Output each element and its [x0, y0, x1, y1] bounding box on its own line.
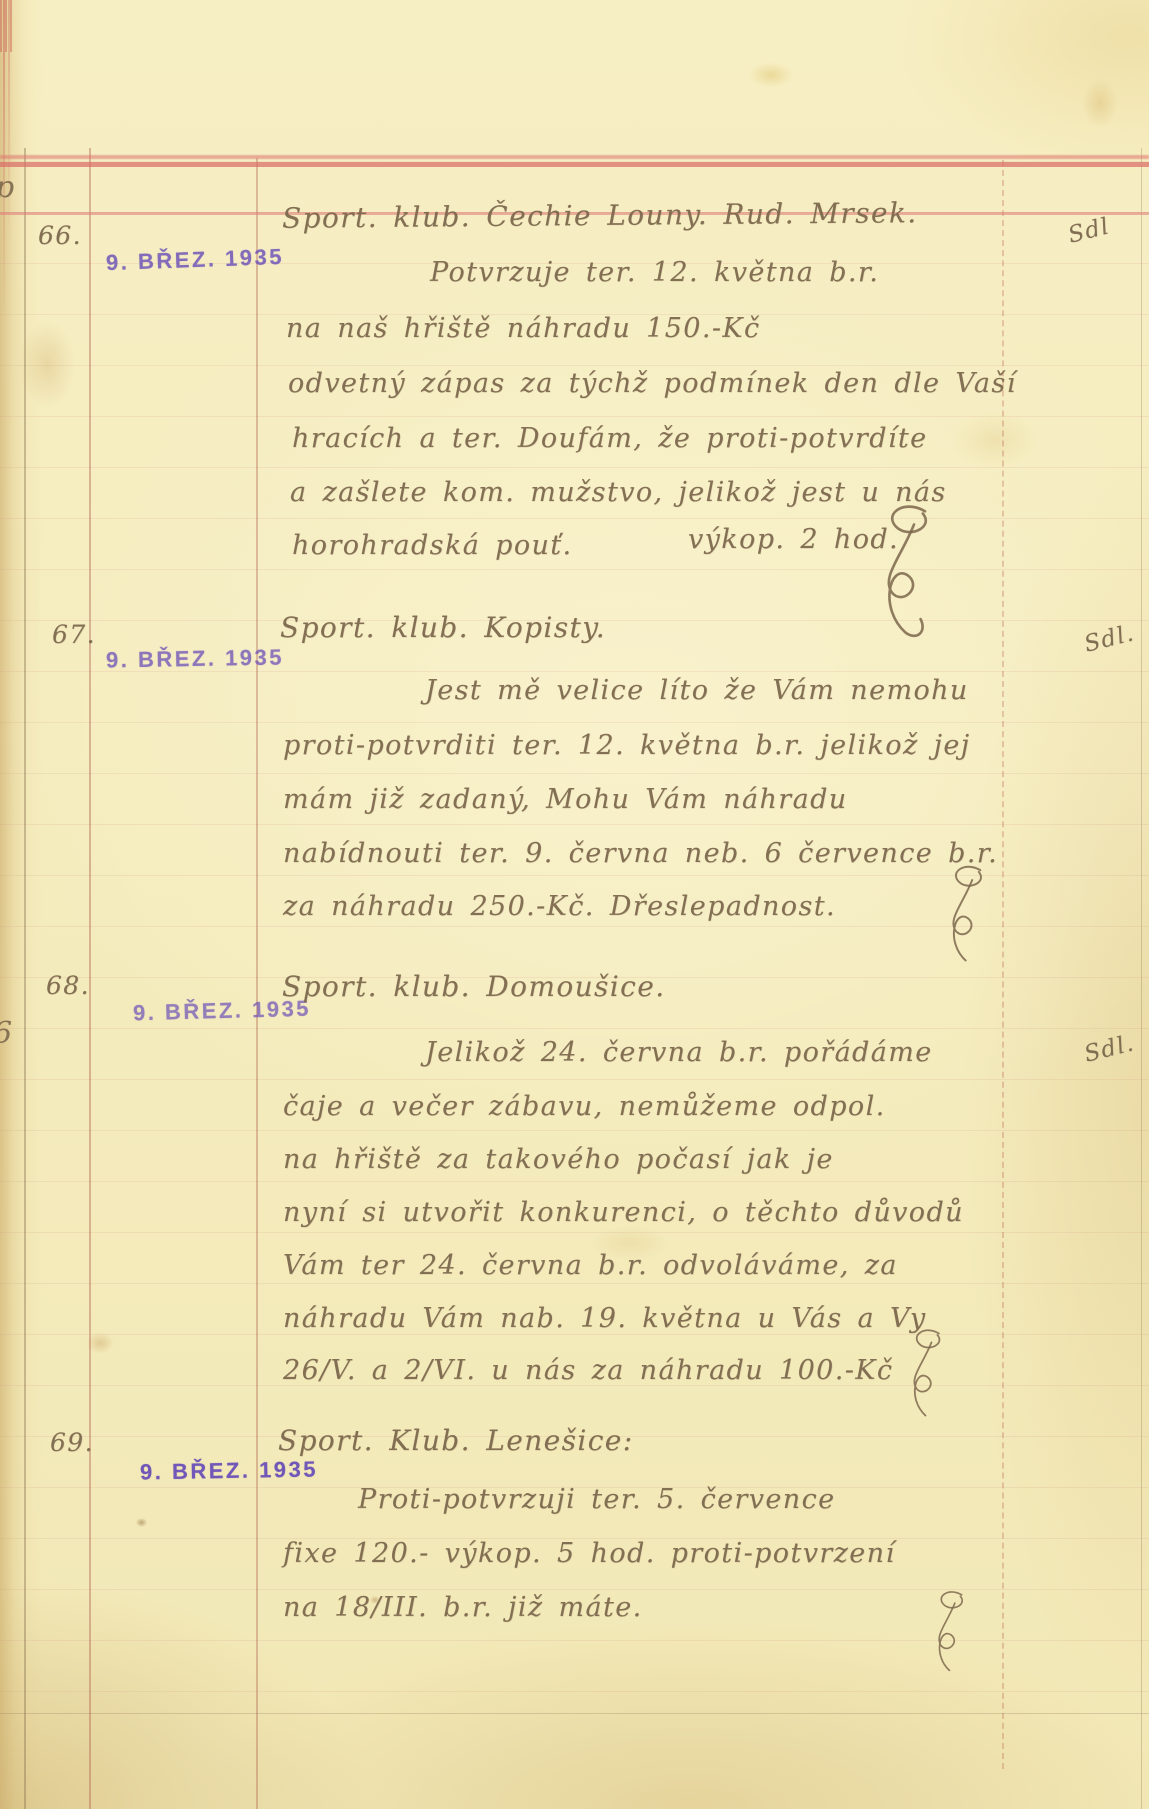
header-rule-thin: [0, 212, 1149, 215]
column-line-far-right: [1141, 148, 1142, 1809]
column-line-date: [256, 158, 258, 1809]
stain: [748, 62, 794, 88]
ruling-lines: [0, 161, 1149, 1717]
column-line-right: [1002, 160, 1004, 1769]
column-line-left-edge: [24, 148, 26, 1809]
bottom-faint-rule: [0, 1713, 1149, 1714]
page-edge-stripes: [0, 0, 13, 52]
header-rule-thick-lower: [0, 162, 1149, 167]
edge-fragment-left: 6: [0, 1016, 12, 1051]
stain: [1082, 78, 1118, 128]
edge-fragment-top: p: [0, 170, 14, 205]
header-rule-thick-upper: [0, 155, 1149, 159]
ledger-page: p 6 66. 9. BŘEZ. 1935 Sdl Sport. klub. Č…: [0, 0, 1149, 1809]
column-line-number: [89, 148, 91, 1809]
